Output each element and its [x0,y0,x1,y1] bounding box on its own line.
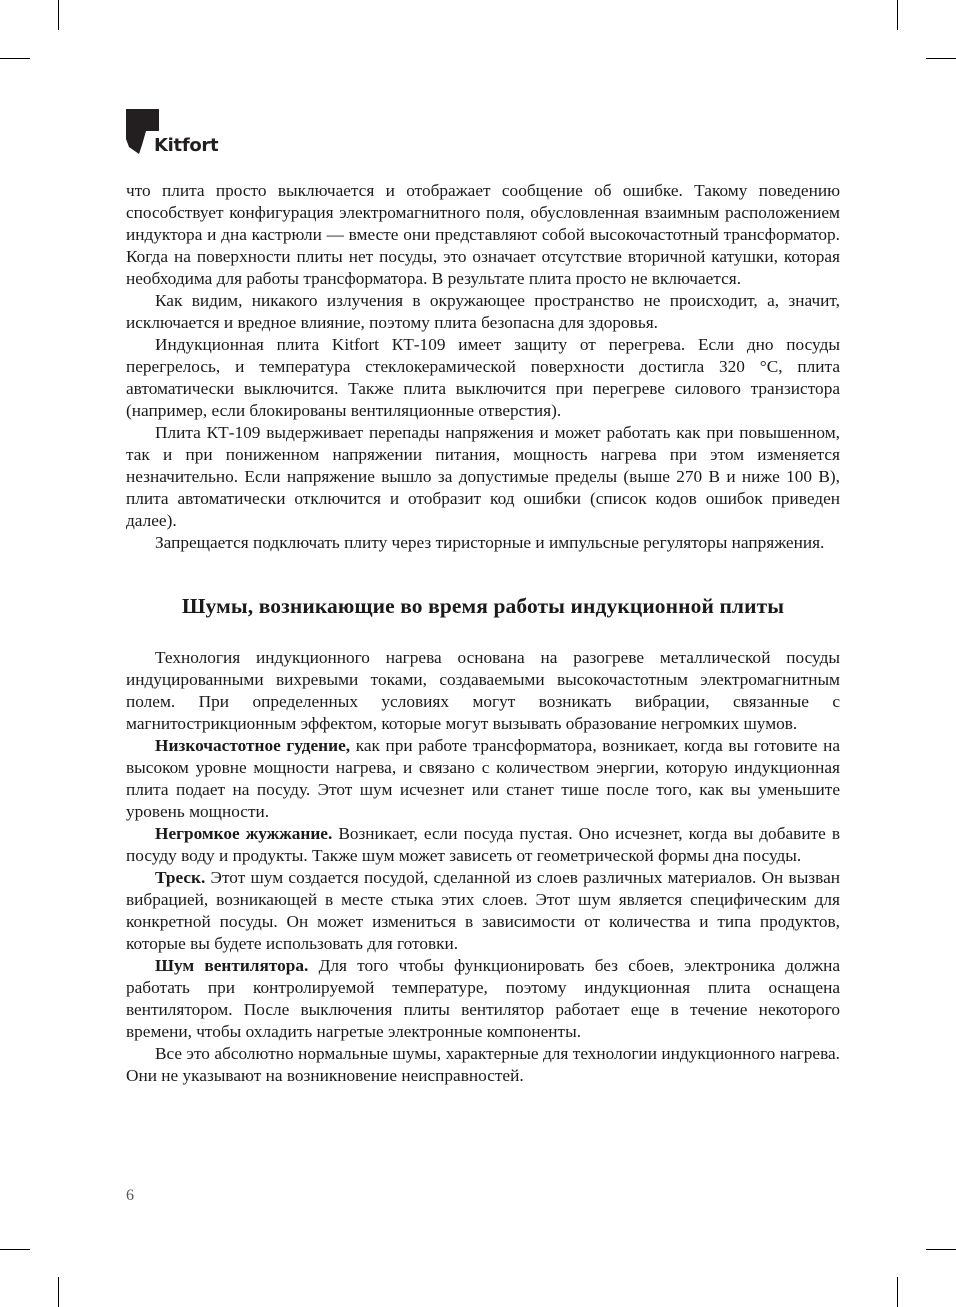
paragraph-voltage: Плита КТ-109 выдерживает перепады напряж… [126,422,840,532]
crop-mark-top-right-vertical [897,0,898,30]
noise-item-crackling: Треск. Этот шум создается посудой, сдела… [126,867,840,955]
paragraph-technology: Технология индукционного нагрева основан… [126,647,840,735]
page-content: что плита просто выключается и отображае… [126,180,840,1087]
paragraph-closing: Все это абсолютно нормальные шумы, харак… [126,1043,840,1087]
noise-item-fan: Шум вентилятора. Для того чтобы функцион… [126,955,840,1043]
noise-term: Шум вентилятора. [155,956,308,975]
crop-mark-top-right-horizontal [926,58,956,59]
kitfort-logo: Kitfort [126,109,226,159]
paragraph-overheat-protection: Индукционная плита Kitfort КТ-109 имеет … [126,334,840,422]
crop-mark-top-left-vertical [58,0,59,30]
crop-mark-bottom-right-horizontal [926,1249,956,1250]
crop-mark-bottom-right-vertical [897,1277,898,1307]
noise-item-buzzing: Негромкое жужжание. Возникает, если посу… [126,823,840,867]
crop-mark-bottom-left-vertical [58,1277,59,1307]
noise-term: Низкочастотное гудение, [155,736,350,755]
section-title: Шумы, возникающие во время работы индукц… [126,592,840,620]
brand-name: Kitfort [154,135,218,156]
crop-mark-bottom-left-horizontal [0,1249,30,1250]
noise-item-low-hum: Низкочастотное гудение, как при работе т… [126,735,840,823]
crop-mark-top-left-horizontal [0,58,30,59]
paragraph-continuation: что плита просто выключается и отображае… [126,180,840,290]
paragraph-warning-regulators: Запрещается подключать плиту через тирис… [126,532,840,554]
noise-description: Этот шум создается посудой, сделанной из… [126,868,840,953]
page-number: 6 [126,1187,134,1205]
noise-term: Треск. [155,868,205,887]
paragraph-no-radiation: Как видим, никакого излучения в окружающ… [126,290,840,334]
noise-term: Негромкое жужжание. [155,824,332,843]
